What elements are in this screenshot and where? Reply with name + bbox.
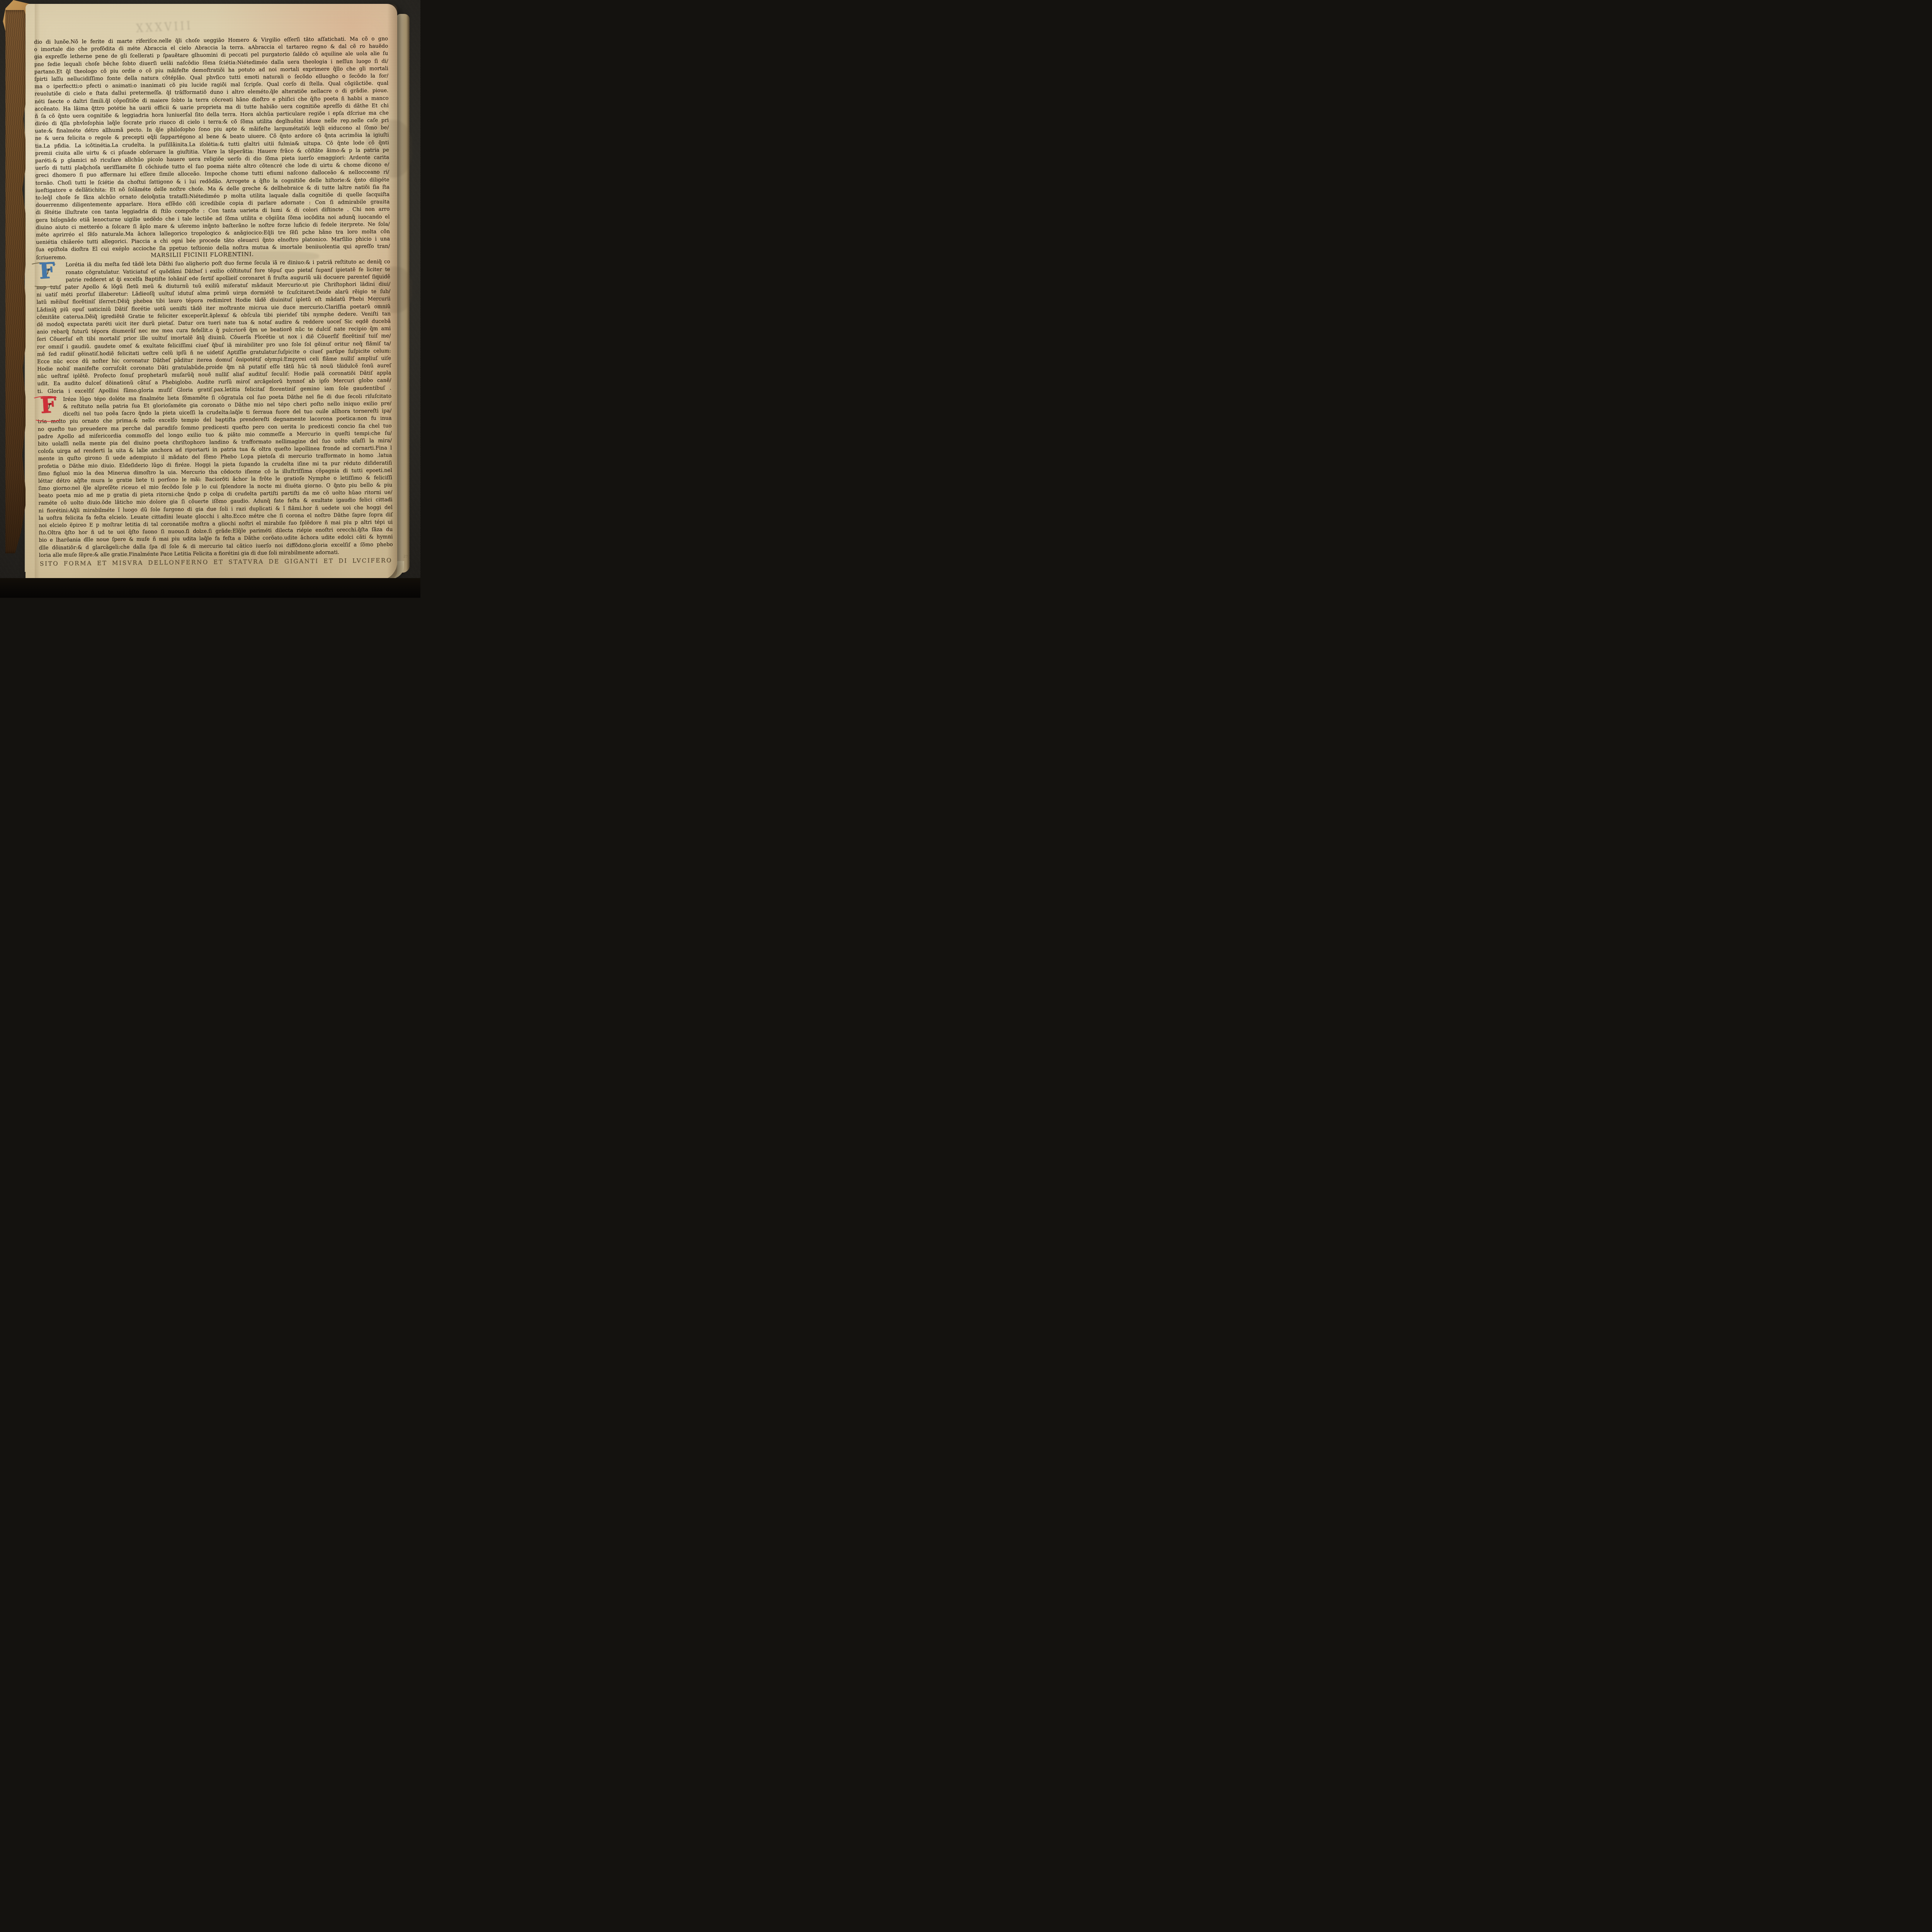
latin-paragraph: F f Lorétia iã diu meſta ſed tãdẽ leta D…	[36, 259, 391, 395]
bottom-shadow	[0, 578, 420, 598]
volgare-paragraph: F f Iréze lũgo tépo doléte ma finalméte …	[37, 393, 393, 559]
text-block: dio di lunõe.Nõ le ferite di marte rifer…	[34, 35, 393, 567]
pencil-folio-mark: 27	[403, 554, 408, 559]
proem-paragraph: dio di lunõe.Nõ le ferite di marte rifer…	[34, 35, 390, 253]
